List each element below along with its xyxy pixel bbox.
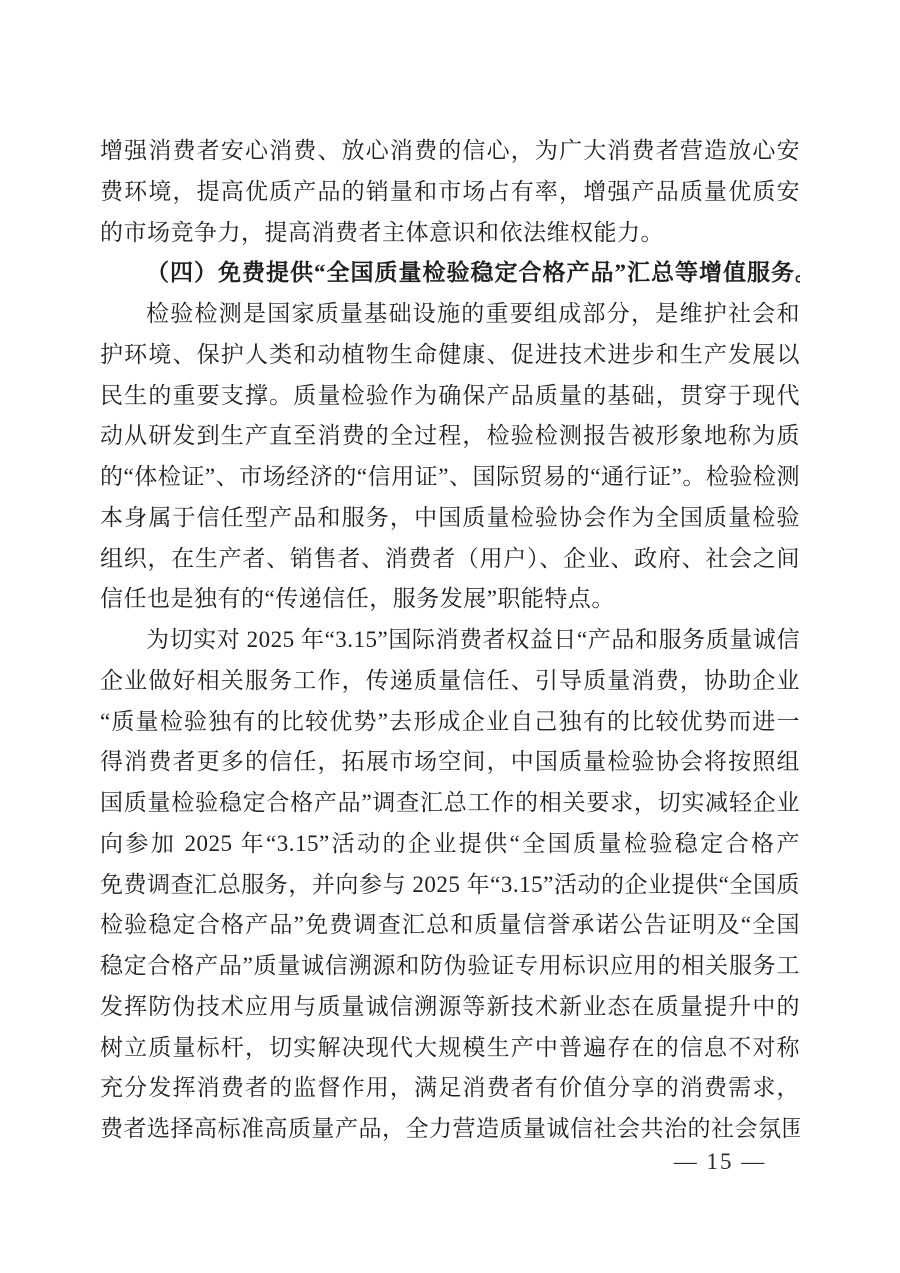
text-line: 护环境、保护人类和动植物生命健康、促进技术进步和生产发展以及维护 <box>100 335 800 376</box>
text-line: 企业做好相关服务工作，传递质量信任、引导质量消费，协助企业通过 <box>100 661 800 702</box>
section-heading: （四）免费提供“全国质量检验稳定合格产品”汇总等增值服务。 <box>100 253 800 294</box>
text-line: 费环境，提高优质产品的销量和市场占有率，增强产品质量优质安全企业 <box>100 172 800 213</box>
text-line: 免费调查汇总服务，并向参与 2025 年“3.15”活动的企业提供“全国质量 <box>100 865 800 906</box>
document-body: 增强消费者安心消费、放心消费的信心，为广大消费者营造放心安全的消费环境，提高优质… <box>100 131 800 1150</box>
page-number: — 15 — <box>640 1147 800 1177</box>
text-line: “质量检验独有的比较优势”去形成企业自己独有的比较优势而进一步赢 <box>100 702 800 743</box>
text-line: 增强消费者安心消费、放心消费的信心，为广大消费者营造放心安全的消 <box>100 131 800 172</box>
text-line: 充分发挥消费者的监督作用，满足消费者有价值分享的消费需求，引导消 <box>100 1068 800 1109</box>
text-line: 民生的重要支撑。质量检验作为确保产品质量的基础，贯穿于现代经济活 <box>100 376 800 417</box>
text-line: 树立质量标杆，切实解决现代大规模生产中普遍存在的信息不对称问题， <box>100 1028 800 1069</box>
text-line: 发挥防伪技术应用与质量诚信溯源等新技术新业态在质量提升中的作用， <box>100 987 800 1028</box>
text-line: 本身属于信任型产品和服务，中国质量检验协会作为全国质量检验行业 <box>100 498 800 539</box>
text-line: 向参加 2025 年“3.15”活动的企业提供“全国质量检验稳定合格产品”的 <box>100 824 800 865</box>
text-line: 稳定合格产品”质量诚信溯源和防伪验证专用标识应用的相关服务工作， <box>100 946 800 987</box>
text-line: 费者选择高标准高质量产品，全力营造质量诚信社会共治的社会氛围。 <box>100 1109 800 1150</box>
text-line: 检验检测是国家质量基础设施的重要组成部分，是维护社会和平、保 <box>100 294 800 335</box>
document-page: 增强消费者安心消费、放心消费的信心，为广大消费者营造放心安全的消费环境，提高优质… <box>0 0 900 1273</box>
text-line: 组织，在生产者、销售者、消费者（用户）、企业、政府、社会之间传递 <box>100 539 800 580</box>
text-line: 国质量检验稳定合格产品”调查汇总工作的相关要求，切实减轻企业负担， <box>100 783 800 824</box>
text-line: 为切实对 2025 年“3.15”国际消费者权益日“产品和服务质量诚信承诺” <box>100 620 800 661</box>
text-line: 得消费者更多的信任，拓展市场空间，中国质量检验协会将按照组织开展“全 <box>100 742 800 783</box>
text-line: 检验稳定合格产品”免费调查汇总和质量信誉承诺公告证明及“全国质检 <box>100 905 800 946</box>
text-line: 信任也是独有的“传递信任，服务发展”职能特点。 <box>100 579 800 620</box>
text-line: 的市场竞争力，提高消费者主体意识和依法维权能力。 <box>100 213 800 254</box>
text-line: 的“体检证”、市场经济的“信用证”、国际贸易的“通行证”。检验检测 <box>100 457 800 498</box>
text-line: 动从研发到生产直至消费的全过程，检验检测报告被形象地称为质量管理 <box>100 416 800 457</box>
